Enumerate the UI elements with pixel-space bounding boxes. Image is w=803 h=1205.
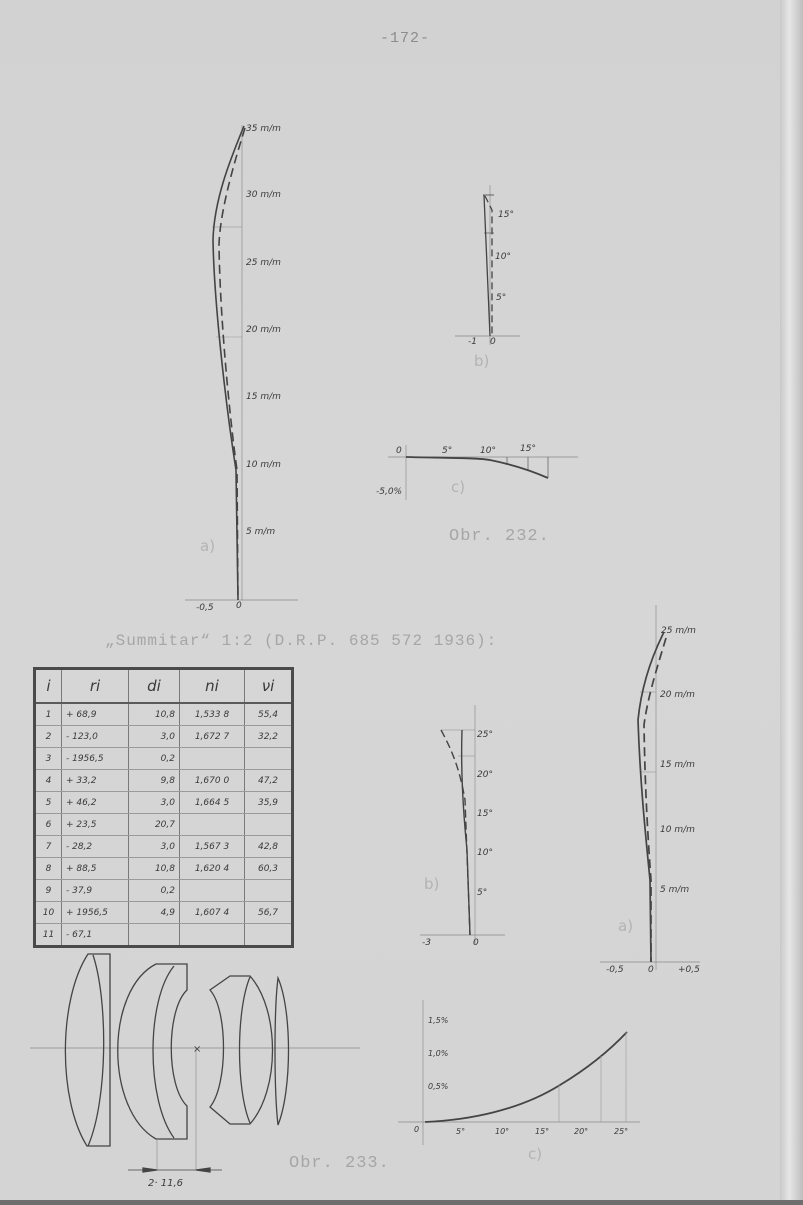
cell-ri: - 28,2 [62, 836, 129, 858]
cell-vi [245, 880, 293, 902]
table-row: 1+ 68,910,81,533 855,4 [35, 703, 293, 726]
cell-i: 4 [35, 770, 62, 792]
fig232-b-xtick-0: 0 [490, 337, 496, 347]
lens-cross-section [30, 954, 360, 1172]
table-row: 5+ 46,23,01,664 535,9 [35, 792, 293, 814]
table-row: 2- 123,03,01,672 732,2 [35, 726, 293, 748]
cell-ni: 1,607 4 [180, 902, 245, 924]
fig233-c-ytick-0.5: 0,5% [428, 1082, 448, 1091]
cell-di: 3,0 [129, 836, 180, 858]
cell-vi [245, 748, 293, 770]
cell-vi: 42,8 [245, 836, 293, 858]
table-row: 11- 67,1 [35, 924, 293, 947]
fig232-a-ytick-10: 10 m/m [246, 460, 281, 470]
cell-di: 9,8 [129, 770, 180, 792]
fig233-a-ytick-25: 25 m/m [661, 626, 696, 636]
cell-ri: + 68,9 [62, 703, 129, 726]
fig232-c-label: c) [451, 478, 465, 496]
technical-drawings: × [0, 0, 803, 1205]
cell-di [129, 924, 180, 947]
cell-vi [245, 924, 293, 947]
fig233-a-ytick-15: 15 m/m [660, 760, 695, 770]
table-row: 7- 28,23,01,567 342,8 [35, 836, 293, 858]
cell-i: 7 [35, 836, 62, 858]
header-i: i [35, 669, 62, 704]
cell-i: 6 [35, 814, 62, 836]
table-row: 8+ 88,510,81,620 460,3 [35, 858, 293, 880]
fig232-b-label: b) [474, 352, 489, 370]
fig233-b-ytick-15: 15° [477, 809, 493, 819]
cell-i: 10 [35, 902, 62, 924]
fig233-a-ytick-10: 10 m/m [660, 825, 695, 835]
cell-ni: 1,670 0 [180, 770, 245, 792]
table-row: 3- 1956,50,2 [35, 748, 293, 770]
fig232-a-ytick-20: 20 m/m [246, 325, 281, 335]
cell-di: 0,2 [129, 748, 180, 770]
fig232-a-ytick-35: 35 m/m [246, 124, 281, 134]
cell-ri: - 67,1 [62, 924, 129, 947]
fig233-b-xtick-0: 0 [473, 938, 479, 948]
fig233-c-xtick-0: 0 [414, 1125, 419, 1134]
fig233-b-ytick-25: 25° [477, 730, 493, 740]
cell-ri: - 37,9 [62, 880, 129, 902]
lens-title: „Summitar“ 1:2 (D.R.P. 685 572 1936): [105, 632, 497, 650]
fig232-b-ytick-5: 5° [496, 293, 506, 303]
table-header-row: i ri di ni νi [35, 669, 293, 704]
cell-vi: 47,2 [245, 770, 293, 792]
cell-vi: 35,9 [245, 792, 293, 814]
fig233-a-plot [600, 605, 700, 970]
table-row: 9- 37,90,2 [35, 880, 293, 902]
fig232-a-label: a) [200, 537, 215, 555]
cell-i: 2 [35, 726, 62, 748]
fig233-a-xtick-pos: +0,5 [678, 965, 700, 975]
table-row: 6+ 23,520,7 [35, 814, 293, 836]
fig232-a-ytick-30: 30 m/m [246, 190, 281, 200]
fig233-c-xtick-20: 20° [574, 1127, 588, 1136]
table-row: 4+ 33,29,81,670 047,2 [35, 770, 293, 792]
fig232-b-ytick-10: 10° [495, 252, 511, 262]
fig233-c-label: c) [528, 1145, 542, 1163]
cell-di: 10,8 [129, 703, 180, 726]
cell-ni: 1,672 7 [180, 726, 245, 748]
fig232-b-plot [455, 185, 520, 345]
cell-i: 1 [35, 703, 62, 726]
cell-ni: 1,620 4 [180, 858, 245, 880]
cell-ri: + 88,5 [62, 858, 129, 880]
fig232-c-xtick-10: 10° [480, 446, 496, 456]
fig232-c-xtick-0: 0 [396, 446, 402, 456]
fig233-c-xtick-15: 15° [535, 1127, 549, 1136]
cell-ni [180, 924, 245, 947]
figure-233-caption: Obr. 233. [289, 1154, 390, 1173]
table-row: 10+ 1956,54,91,607 456,7 [35, 902, 293, 924]
header-vi: νi [245, 669, 293, 704]
cell-di: 3,0 [129, 726, 180, 748]
fig232-a-xtick-neg: -0,5 [196, 603, 214, 613]
cell-ri: + 46,2 [62, 792, 129, 814]
cell-vi: 56,7 [245, 902, 293, 924]
cell-ni [180, 748, 245, 770]
cell-di: 10,8 [129, 858, 180, 880]
header-ri: ri [62, 669, 129, 704]
cell-di: 0,2 [129, 880, 180, 902]
fig232-b-xtick-neg: -1 [468, 337, 477, 347]
cell-ni: 1,533 8 [180, 703, 245, 726]
cell-vi [245, 814, 293, 836]
cell-ni [180, 814, 245, 836]
fig233-a-label: a) [618, 917, 633, 935]
fig233-b-plot [420, 705, 505, 945]
cell-di: 20,7 [129, 814, 180, 836]
fig233-a-xtick-0: 0 [648, 965, 654, 975]
fig233-b-ytick-10: 10° [477, 848, 493, 858]
cell-vi: 55,4 [245, 703, 293, 726]
fig233-c-ytick-1.0: 1,0% [428, 1049, 448, 1058]
fig232-a-xtick-0: 0 [236, 601, 242, 611]
cell-i: 3 [35, 748, 62, 770]
cell-ni: 1,567 3 [180, 836, 245, 858]
lens-data-table: i ri di ni νi 1+ 68,910,81,533 855,4 2- … [33, 667, 294, 948]
fig233-b-label: b) [424, 875, 439, 893]
fig232-b-ytick-15: 15° [498, 210, 514, 220]
cell-vi: 32,2 [245, 726, 293, 748]
header-ni: ni [180, 669, 245, 704]
lens-dimension-label: 2· 11,6 [148, 1178, 183, 1189]
fig232-a-ytick-25: 25 m/m [246, 258, 281, 268]
fig233-c-xtick-10: 10° [495, 1127, 509, 1136]
cell-ri: - 1956,5 [62, 748, 129, 770]
cell-vi: 60,3 [245, 858, 293, 880]
fig233-c-xtick-25: 25° [614, 1127, 628, 1136]
cell-ni: 1,664 5 [180, 792, 245, 814]
fig233-b-xtick-neg: -3 [422, 938, 431, 948]
fig232-c-ytick: -5,0% [376, 487, 402, 497]
cell-di: 3,0 [129, 792, 180, 814]
fig232-a-plot [185, 125, 298, 600]
fig233-b-ytick-20: 20° [477, 770, 493, 780]
cell-i: 11 [35, 924, 62, 947]
fig232-a-ytick-15: 15 m/m [246, 392, 281, 402]
figure-252-caption: Obr. 232. [449, 527, 550, 546]
fig233-c-xtick-5: 5° [456, 1127, 465, 1136]
header-di: di [129, 669, 180, 704]
cell-ri: + 23,5 [62, 814, 129, 836]
fig232-c-xtick-15: 15° [520, 444, 536, 454]
cell-ri: + 1956,5 [62, 902, 129, 924]
cell-ri: + 33,2 [62, 770, 129, 792]
cell-i: 9 [35, 880, 62, 902]
cell-di: 4,9 [129, 902, 180, 924]
cell-ni [180, 880, 245, 902]
fig232-a-ytick-5: 5 m/m [246, 527, 275, 537]
cell-i: 8 [35, 858, 62, 880]
cell-ri: - 123,0 [62, 726, 129, 748]
fig232-c-xtick-5: 5° [442, 446, 452, 456]
cell-i: 5 [35, 792, 62, 814]
fig233-a-ytick-5: 5 m/m [660, 885, 689, 895]
fig233-c-ytick-1.5: 1,5% [428, 1016, 448, 1025]
fig233-a-ytick-20: 20 m/m [660, 690, 695, 700]
fig233-a-xtick-neg: -0,5 [606, 965, 624, 975]
fig233-b-ytick-5: 5° [477, 888, 487, 898]
svg-text:×: × [193, 1044, 201, 1055]
